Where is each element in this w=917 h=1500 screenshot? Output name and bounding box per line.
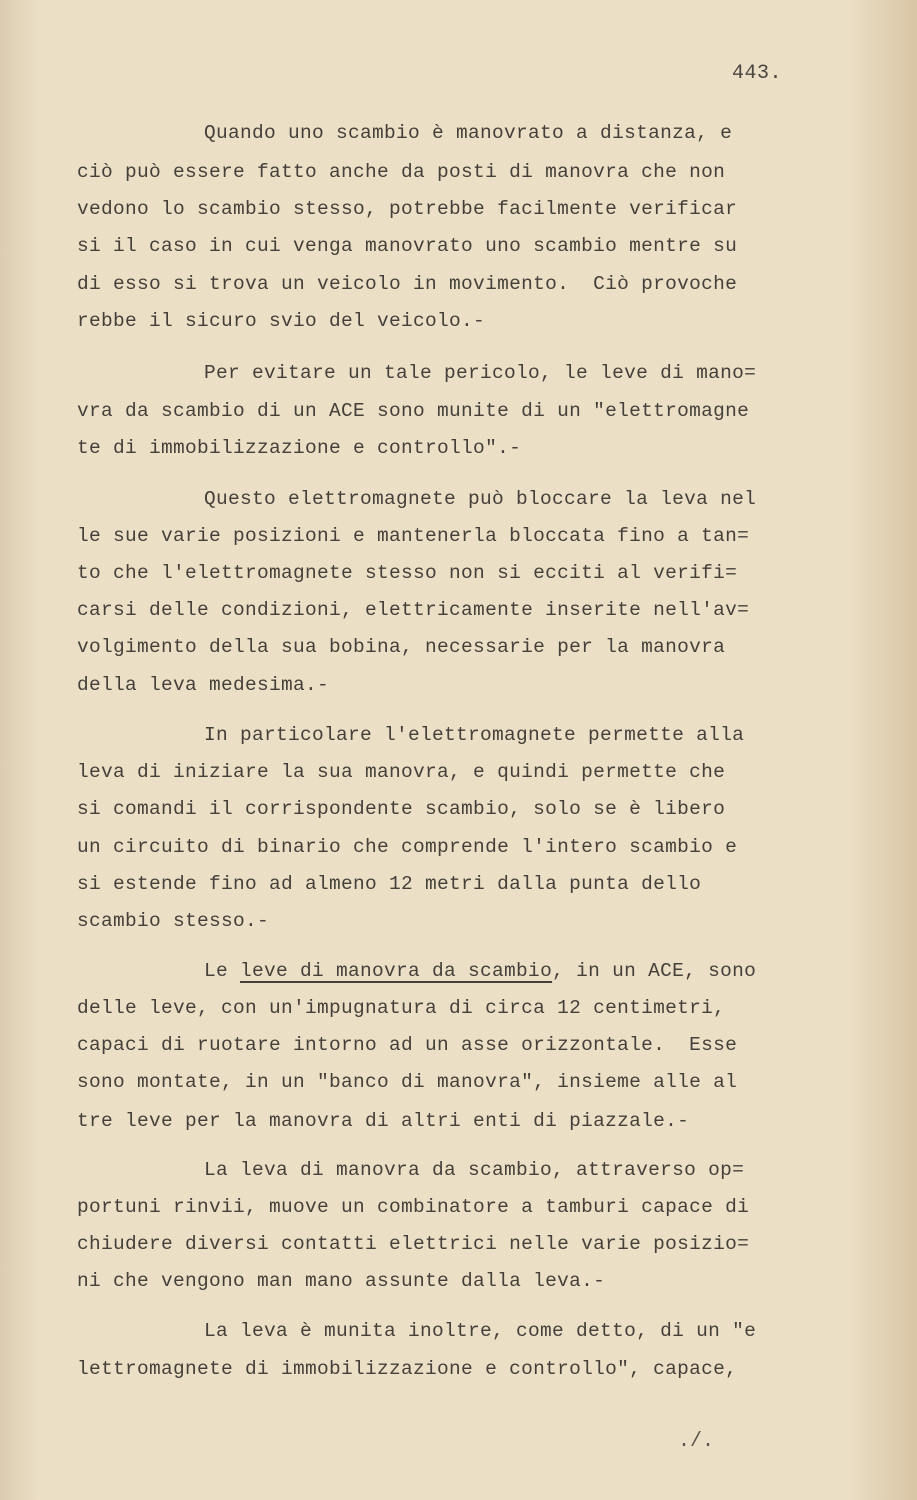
text-line: La leva di manovra da scambio, attravers… — [204, 1159, 744, 1181]
text-line: ciò può essere fatto anche da posti di m… — [77, 161, 725, 183]
text-line: di esso si trova un veicolo in movimento… — [77, 273, 737, 295]
text-line: della leva medesima.- — [77, 674, 329, 696]
text-line: Questo elettromagnete può bloccare la le… — [204, 488, 756, 510]
text-line: chiudere diversi contatti elettrici nell… — [77, 1233, 749, 1255]
text-line: volgimento della sua bobina, necessarie … — [77, 636, 725, 658]
text-fragment: Le — [204, 960, 240, 982]
text-line: vra da scambio di un ACE sono munite di … — [77, 400, 749, 422]
text-line: scambio stesso.- — [77, 910, 269, 932]
text-line: te di immobilizzazione e controllo".- — [77, 437, 521, 459]
text-line: un circuito di binario che comprende l'i… — [77, 836, 737, 858]
page-number: 443. — [732, 62, 782, 85]
text-line: carsi delle condizioni, elettricamente i… — [77, 599, 749, 621]
text-line: tre leve per la manovra di altri enti di… — [77, 1110, 689, 1132]
text-line: si estende fino ad almeno 12 metri dalla… — [77, 873, 701, 895]
text-line: leva di iniziare la sua manovra, e quind… — [77, 761, 725, 783]
text-line: Le leve di manovra da scambio, in un ACE… — [204, 960, 756, 982]
text-line: lettromagnete di immobilizzazione e cont… — [77, 1358, 737, 1380]
text-fragment: , in un ACE, sono — [552, 960, 756, 982]
underlined-term: leve di manovra da scambio — [240, 960, 552, 982]
text-line: vedono lo scambio stesso, potrebbe facil… — [77, 198, 737, 220]
text-line: Per evitare un tale pericolo, le leve di… — [204, 362, 756, 384]
text-line: rebbe il sicuro svio del veicolo.- — [77, 310, 485, 332]
text-line: capaci di ruotare intorno ad un asse ori… — [77, 1034, 737, 1056]
text-line: Quando uno scambio è manovrato a distanz… — [204, 122, 732, 144]
text-line: delle leve, con un'impugnatura di circa … — [77, 997, 725, 1019]
typewritten-page: 443. Quando uno scambio è manovrato a di… — [0, 0, 917, 1500]
text-line: si comandi il corrispondente scambio, so… — [77, 798, 725, 820]
continuation-mark: ./. — [678, 1430, 714, 1453]
text-line: si il caso in cui venga manovrato uno sc… — [77, 235, 737, 257]
text-line: sono montate, in un "banco di manovra", … — [77, 1071, 737, 1093]
text-line: In particolare l'elettromagnete permette… — [204, 724, 744, 746]
text-line: ni che vengono man mano assunte dalla le… — [77, 1270, 605, 1292]
text-line: portuni rinvii, muove un combinatore a t… — [77, 1196, 749, 1218]
text-line: le sue varie posizioni e mantenerla bloc… — [77, 525, 749, 547]
text-line: La leva è munita inoltre, come detto, di… — [204, 1320, 756, 1342]
text-line: to che l'elettromagnete stesso non si ec… — [77, 562, 737, 584]
